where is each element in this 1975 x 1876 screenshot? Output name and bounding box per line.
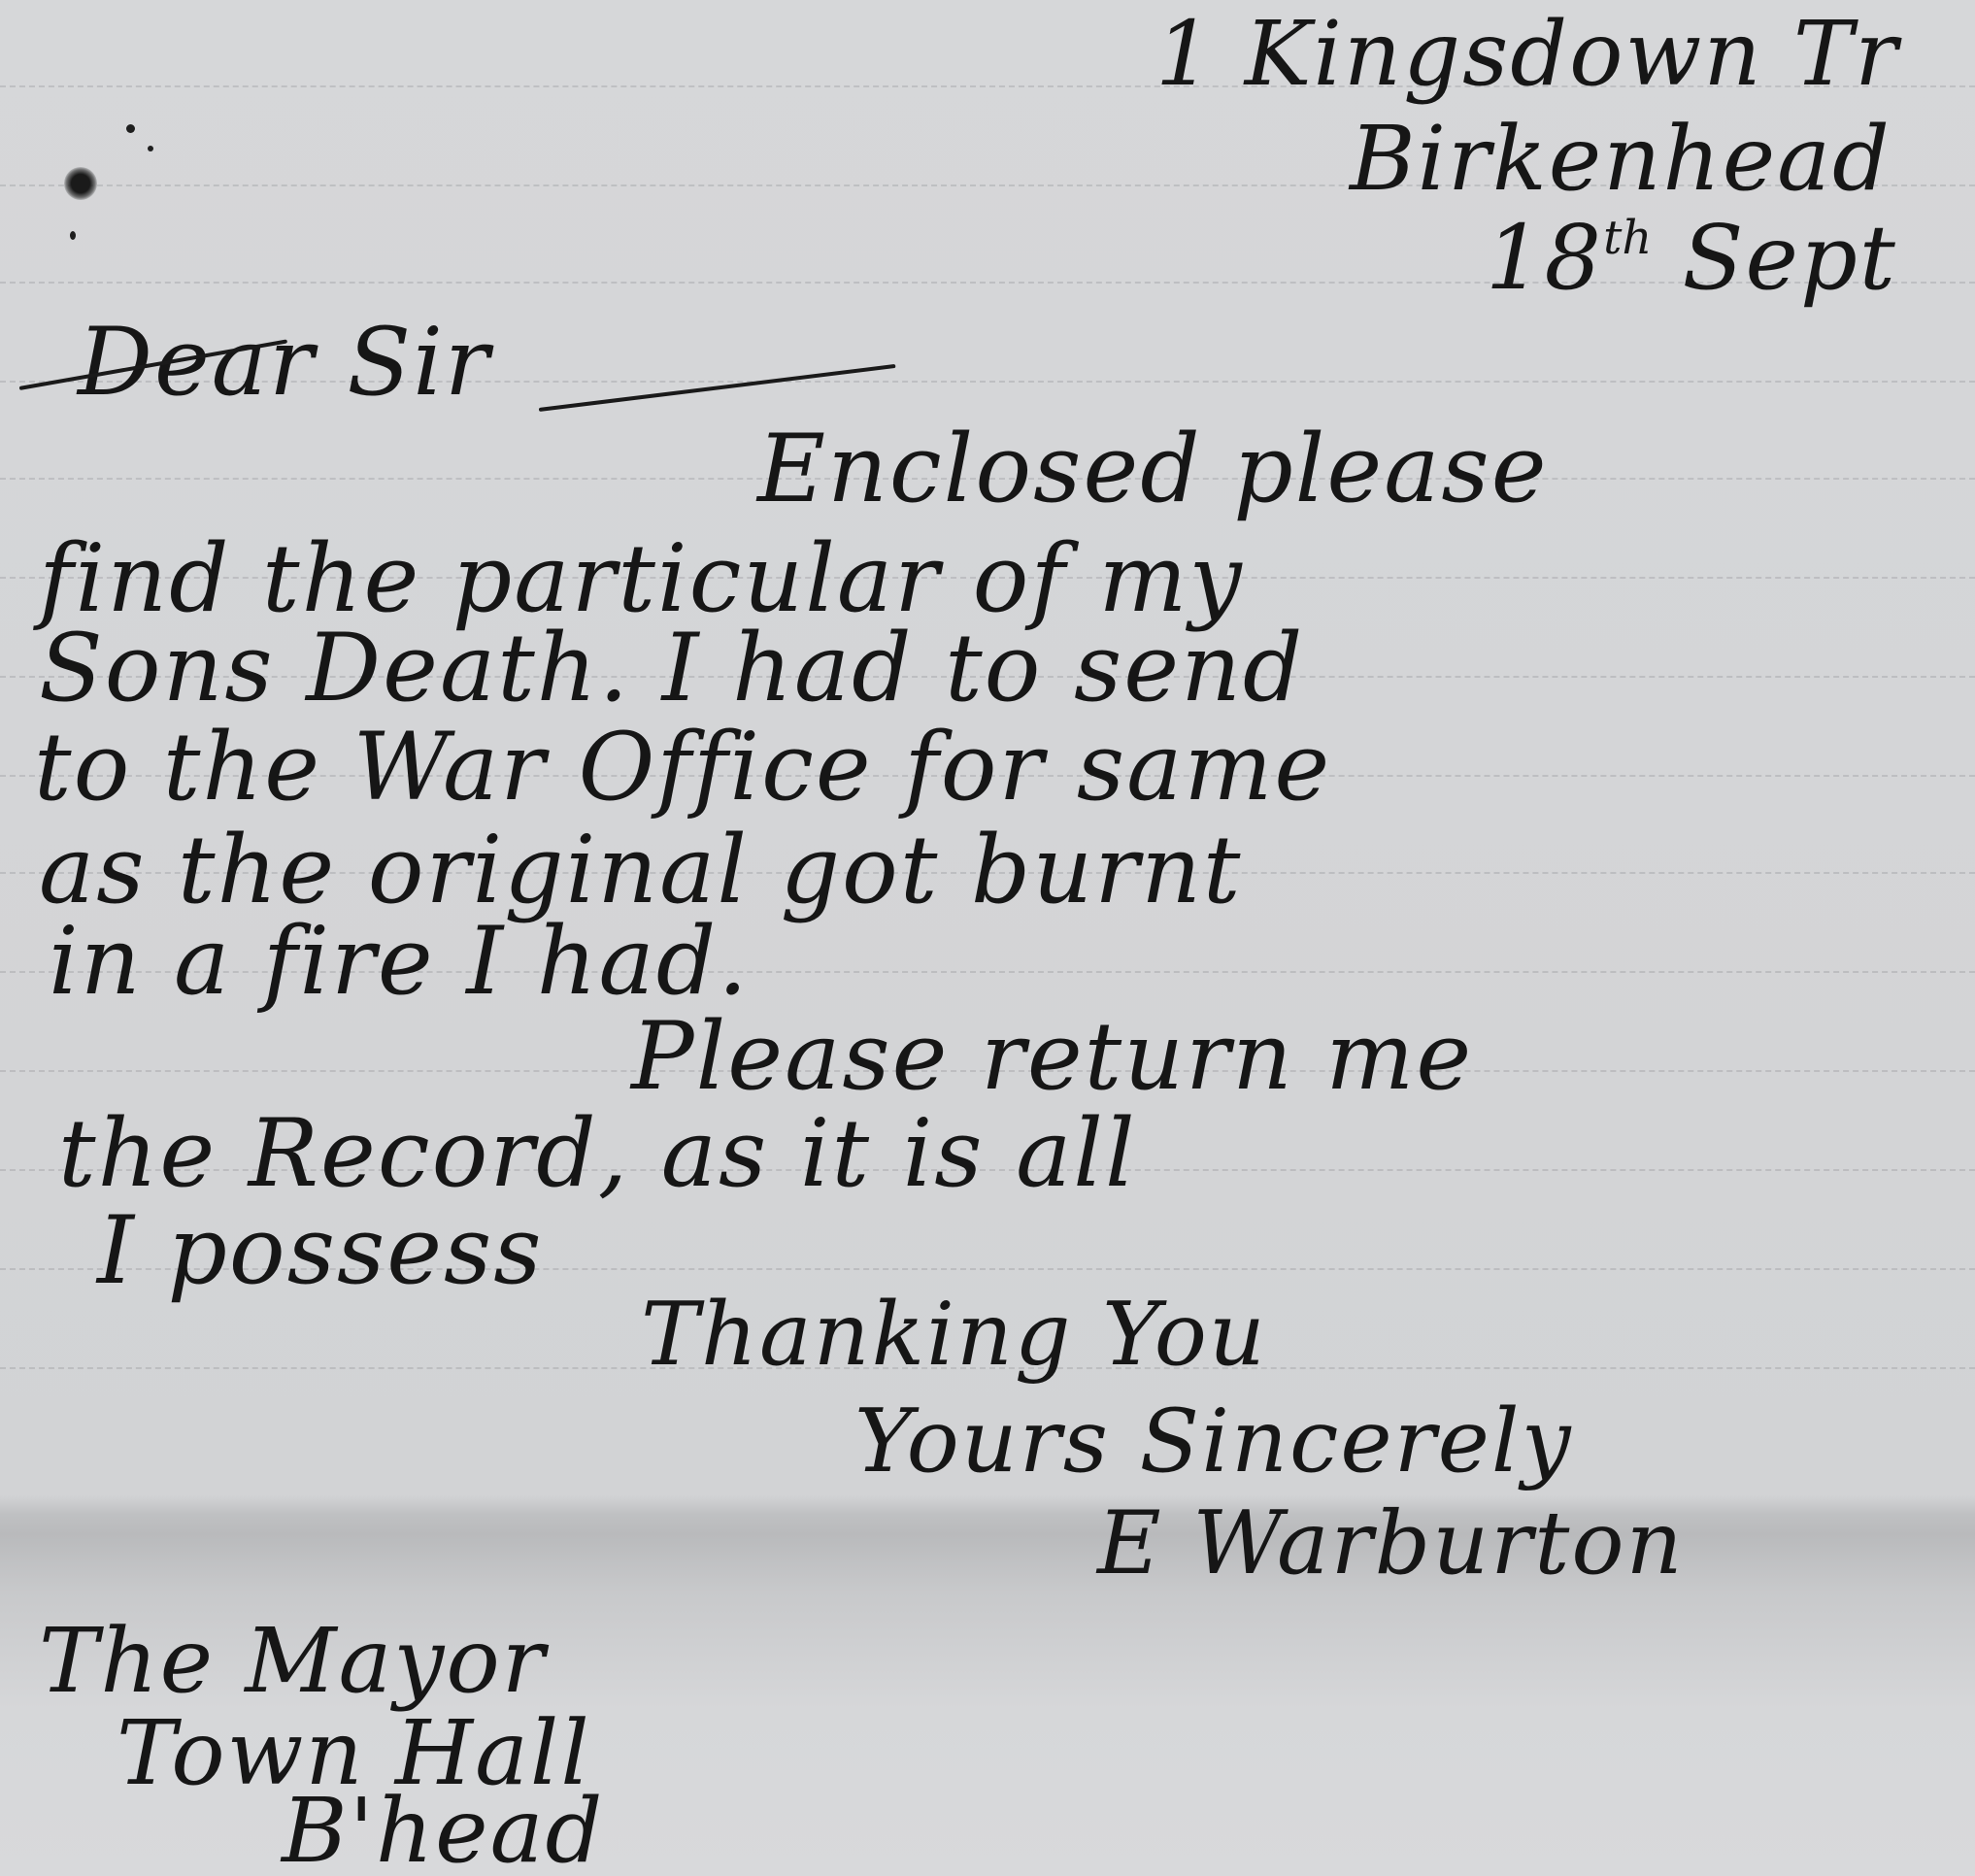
date-line: 18th Sept (1486, 214, 1897, 303)
salutation: Dear Sir (78, 316, 491, 409)
address-line-2: Birkenhead (1350, 115, 1891, 204)
recipient-line-1: The Mayor (39, 1617, 547, 1706)
salutation-underline (539, 364, 896, 412)
date-month: Sept (1683, 206, 1897, 310)
body-line-7: Please return me (631, 1010, 1473, 1103)
body-line-4: to the War Office for same (34, 720, 1331, 814)
body-line-6: in a fire I had. (49, 915, 750, 1008)
ink-speck (126, 124, 135, 133)
closing-thanks: Thanking You (641, 1291, 1267, 1379)
body-line-5: as the original got burnt (39, 823, 1243, 917)
letter-page: 1 Kingsdown Tr Birkenhead 18th Sept Dear… (0, 0, 1975, 1876)
signature: E Warburton (1097, 1500, 1685, 1588)
body-line-1: Enclosed please (757, 422, 1549, 516)
date-day: 18 (1486, 206, 1603, 310)
body-line-9: I possess (97, 1204, 544, 1297)
date-suffix: th (1603, 211, 1652, 265)
body-line-2: find the particular of my (39, 532, 1244, 625)
ink-speck (148, 146, 153, 151)
address-line-1: 1 Kingsdown Tr (1155, 10, 1899, 99)
ink-blot (64, 167, 97, 200)
closing-sincerely: Yours Sincerely (854, 1398, 1573, 1486)
body-line-8: the Record, as it is all (58, 1107, 1137, 1200)
recipient-line-3: B'head (282, 1787, 604, 1876)
body-line-3: Sons Death. I had to send (39, 621, 1304, 715)
ink-speck (70, 231, 76, 240)
